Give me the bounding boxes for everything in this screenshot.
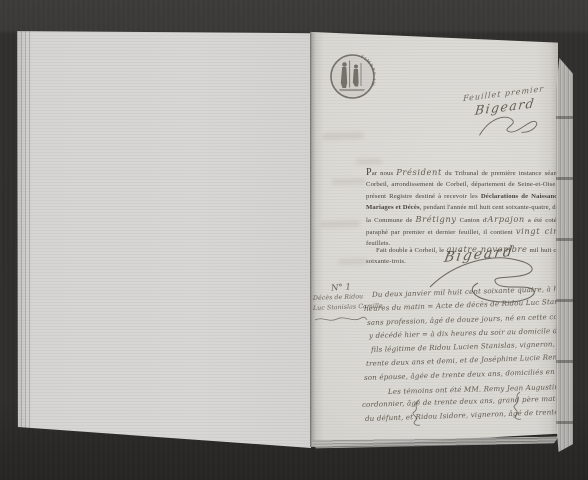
closing-brace-flourish-icon (408, 399, 424, 427)
act-margin-title: Décès de RidouLuc Stanislas Camille (313, 293, 369, 312)
printed-text: Par nous (366, 170, 396, 177)
blank-left-page (17, 29, 311, 448)
act-margin-note: N° 1 Décès de RidouLuc Stanislas Camille (313, 283, 369, 324)
printed-text: Canton d' (457, 217, 488, 224)
closing-brace-flourish-icon (508, 391, 524, 421)
handwritten-insert: Brétigny (415, 214, 456, 224)
ink-bleed-smudge (332, 178, 366, 184)
stacked-page-edges (556, 58, 573, 452)
ink-bleed-smudge (322, 132, 364, 139)
margin-flourish-icon (313, 314, 369, 324)
handwritten-insert: Arpajon (488, 214, 525, 224)
act-margin-line: Luc Stanislas Camille (313, 302, 369, 313)
folio-annotation: Feuillet premier Bigeard (445, 82, 566, 145)
ink-bleed-smudge (356, 159, 382, 165)
handwritten-insert: Président (396, 167, 442, 177)
ink-bleed-smudge (338, 258, 368, 264)
register-right-page: TIMBRE IMPERIAL Feuillet premier Bigeard… (310, 31, 558, 447)
timbre-imperial-stamp: TIMBRE IMPERIAL (329, 53, 376, 100)
open-register-book: TIMBRE IMPERIAL Feuillet premier Bigeard… (0, 0, 588, 480)
printed-opening-formula: Par nous Président du Tribunal de premiè… (366, 167, 565, 250)
act-body-text: Du deux janvier mil huit cent soixante q… (364, 288, 566, 426)
gutter-shadow (310, 31, 324, 447)
scanned-register-photograph: { "colors": { "page_right": "#dfddd8", "… (0, 0, 588, 480)
ink-bleed-smudge (320, 220, 360, 227)
